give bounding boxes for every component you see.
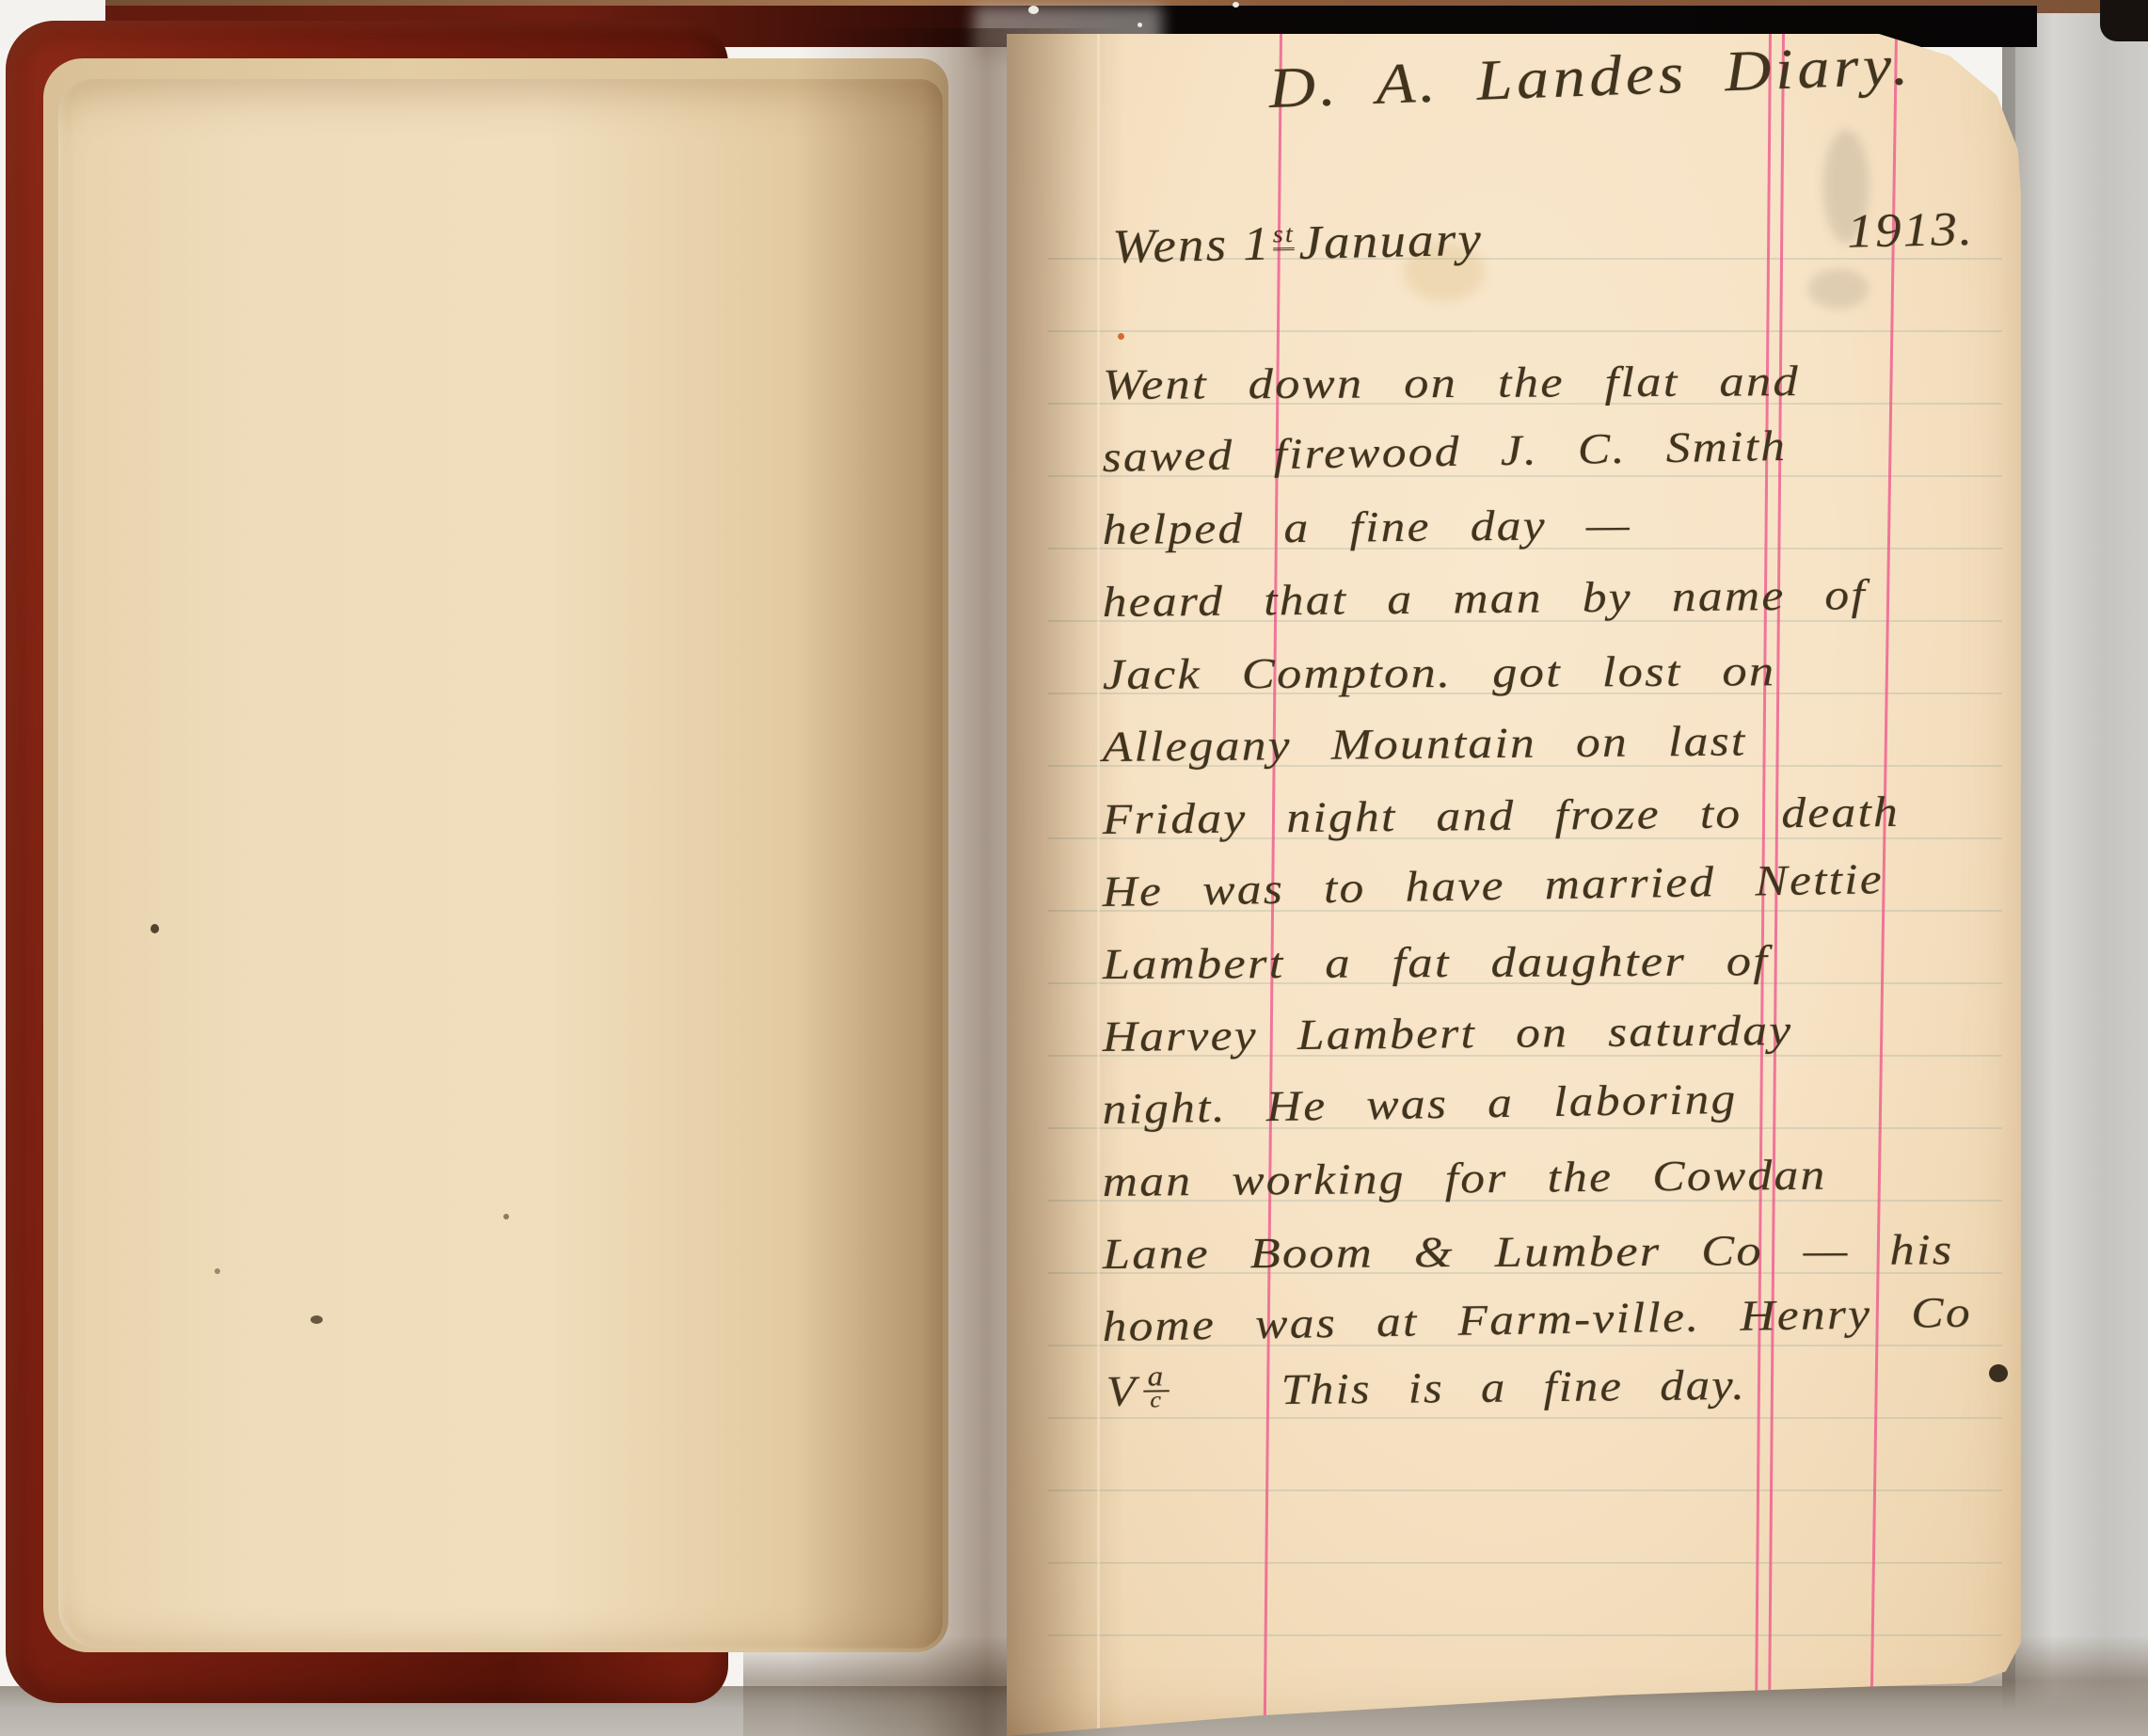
entry-year: 1913. [1847,202,1975,260]
paper-speck [310,1315,323,1324]
state-abbreviation-stack: a c [1143,1365,1169,1410]
date-ordinal: st [1273,220,1296,250]
diary-line: helped a fine day — [1102,500,1631,554]
red-fleck [1118,333,1124,340]
state-abbreviation: V [1106,1366,1138,1416]
smudge-stain [1808,269,1869,309]
diary-line: Jack Compton. got lost on [1103,645,1776,699]
gutter-shadow [795,28,1124,1736]
diary-line: night. He was a laboring [1102,1074,1738,1134]
diary-line: man working for the Cowdan [1102,1150,1826,1206]
scanned-diary-photo: D. A. Landes Diary. Wens 1stJanuary 1913… [0,0,2148,1736]
diary-line: Lane Boom & Lumber Co — his [1103,1224,1954,1279]
diary-line: Allegany Mountain on last [1102,715,1746,772]
scanner-bed-right [2002,0,2148,1736]
diary-footer-line: V a c This is a fine day. [1106,1360,1746,1416]
paper-speck [503,1214,509,1219]
dust-speck [1138,23,1142,27]
diary-line: Went down on the flat and [1103,356,1800,409]
dust-speck [1233,2,1239,8]
diary-line: Friday night and froze to death [1102,787,1900,844]
entry-date: Wens 1stJanuary [1112,213,1484,275]
paper-speck [151,924,159,933]
diary-line: heard that a man by name of [1102,569,1867,627]
dust-speck [1028,6,1039,14]
top-right-dark-corner [2100,0,2148,41]
footer-sentence: This is a fine day. [1281,1360,1746,1414]
diary-line: Lambert a fat daughter of [1103,935,1770,989]
paper-speck [215,1268,220,1274]
diary-line: Harvey Lambert on saturday [1102,1005,1792,1061]
ink-blot [1989,1364,2008,1382]
